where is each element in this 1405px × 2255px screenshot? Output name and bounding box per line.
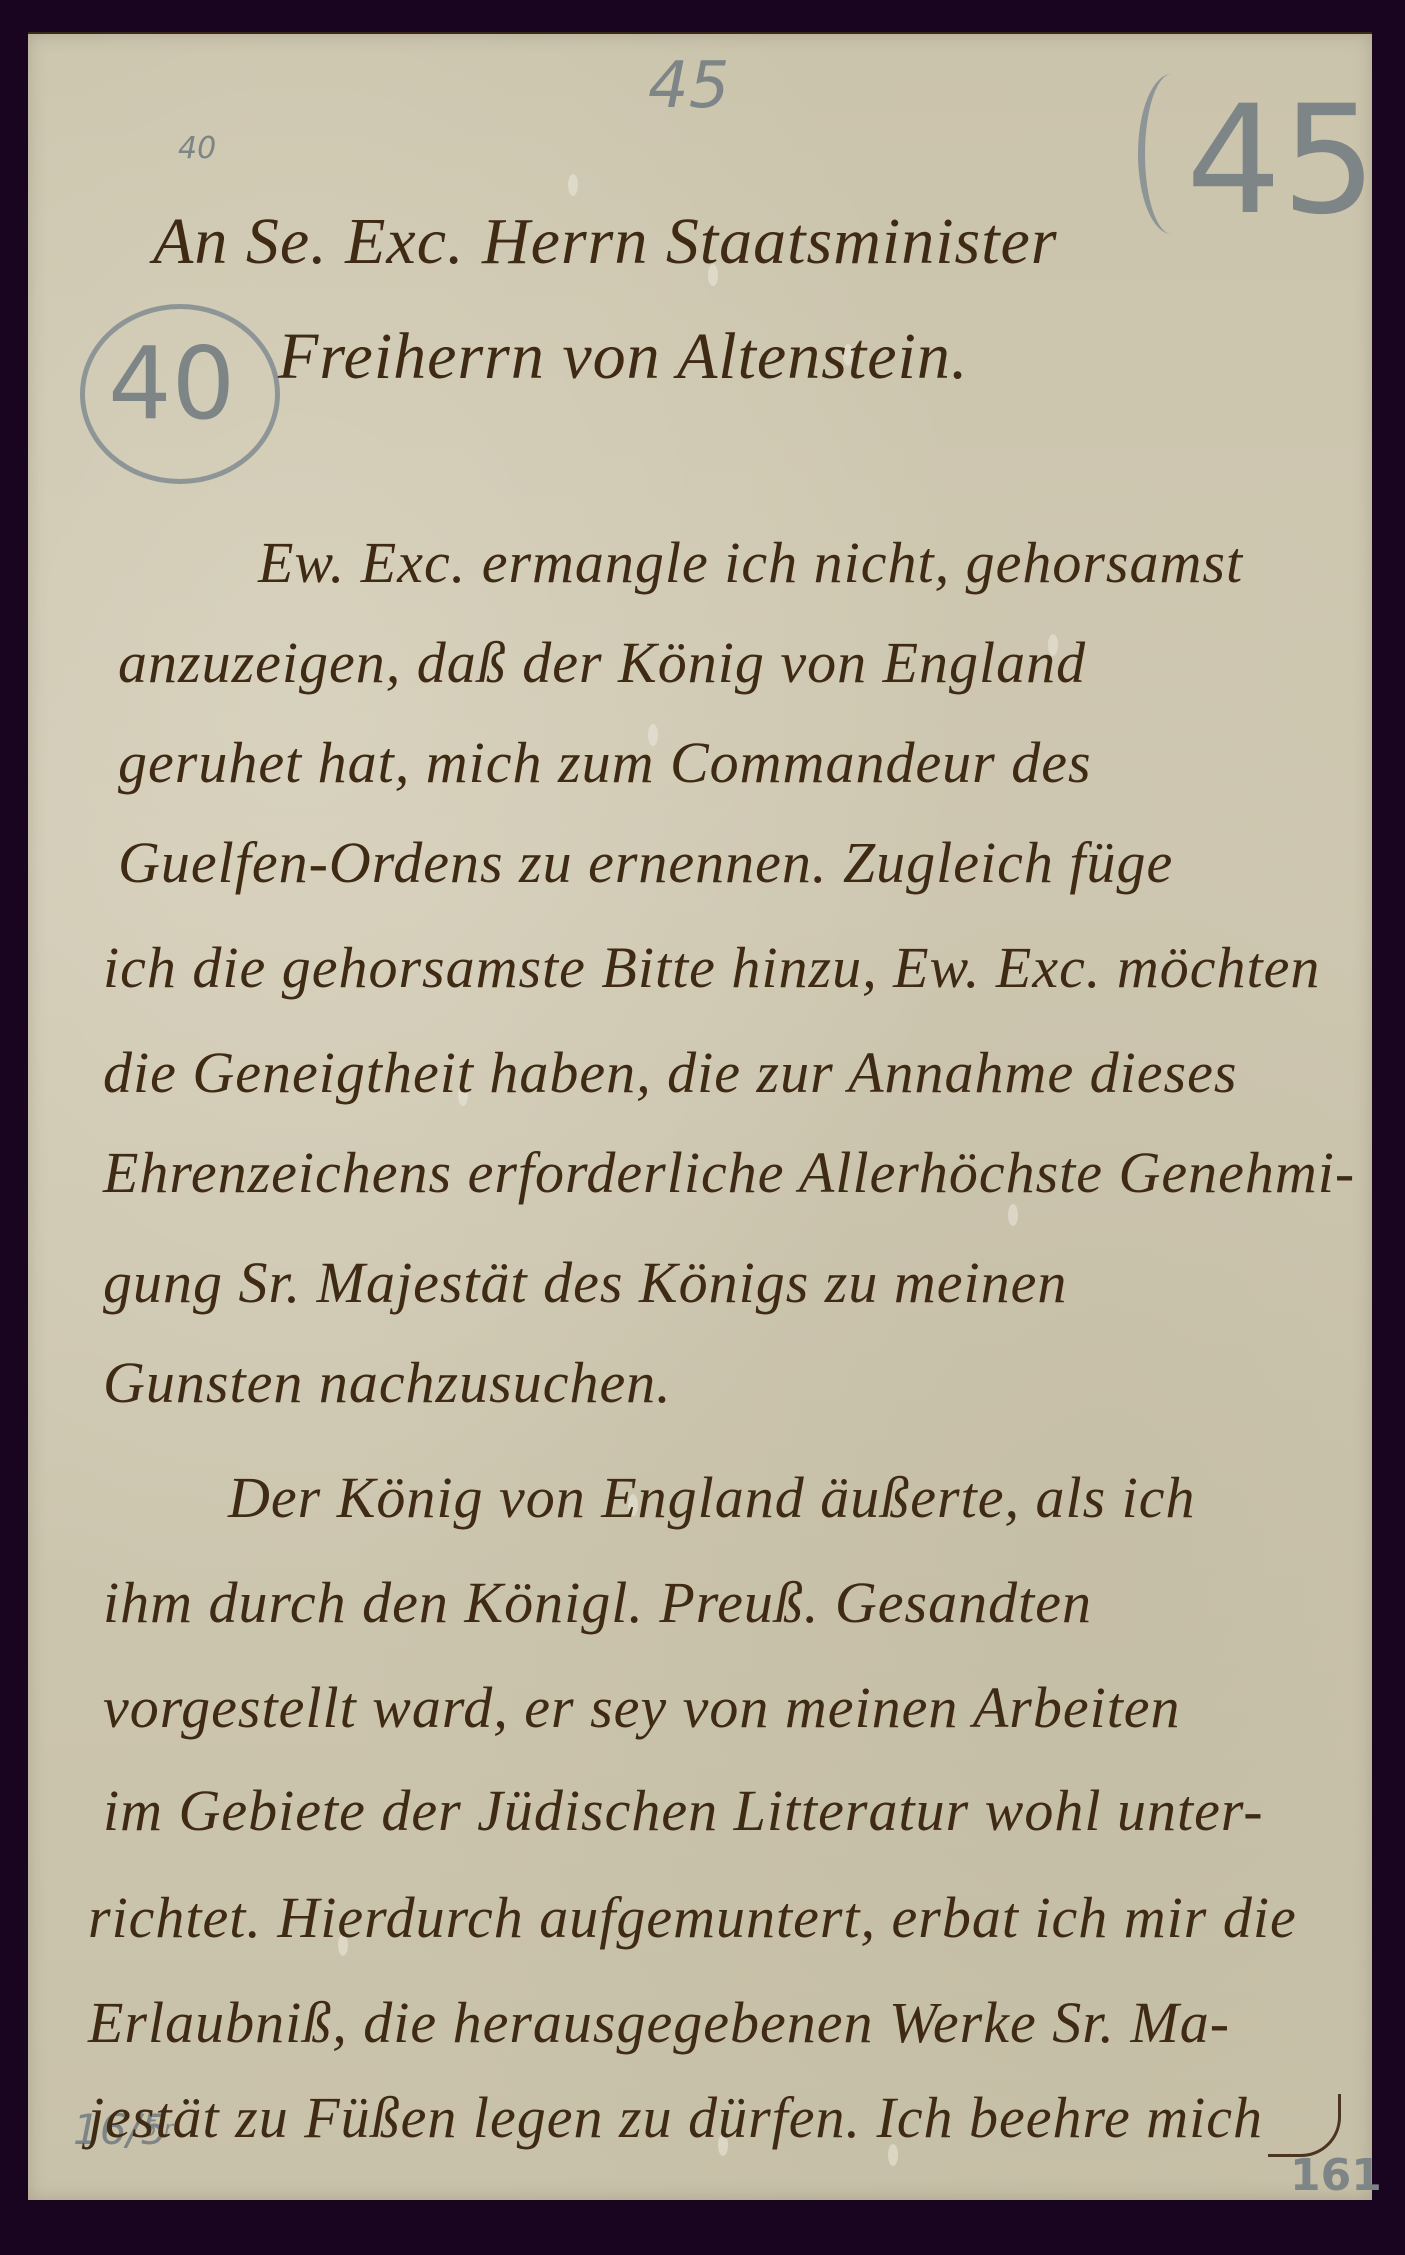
body-line: im Gebiete der Jüdischen Litteratur wohl… [103,1782,1264,1840]
archive-number-top-right: 45 [1186,86,1377,236]
body-line: ihm durch den Königl. Preuß. Gesandten [103,1574,1092,1632]
folio-number: 161 [1290,2154,1382,2198]
archive-number-circled: 40 [108,334,235,434]
archive-number-small: 40 [178,134,216,164]
body-line: Erlaubniß, die herausgegebenen Werke Sr.… [88,1994,1230,2052]
address-line-1: An Se. Exc. Herrn Staatsminister [153,209,1058,275]
body-line: geruhet hat, mich zum Commandeur des [118,734,1092,792]
archive-number-top-center: 45 [648,54,729,118]
body-line: anzuzeigen, daß der König von England [118,634,1086,692]
body-line: ich die gehorsamste Bitte hinzu, Ew. Exc… [103,939,1320,997]
body-line: Ew. Exc. ermangle ich nicht, gehorsamst [258,534,1243,592]
scanned-page: 45 40 45 40 16/5 5 r 161 An Se. Exc. Her… [0,0,1405,2255]
address-line-2: Freiherrn von Altenstein. [278,324,968,390]
paper-speck [568,174,578,196]
body-line: Ehrenzeichens erforderliche Allerhöchste… [103,1144,1355,1202]
body-line: Guelfen-Ordens zu ernennen. Zugleich füg… [118,834,1173,892]
paper-speck [1008,1204,1018,1226]
letter-paper: 45 40 45 40 16/5 5 r 161 An Se. Exc. Her… [28,32,1372,2200]
body-line: Der König von England äußerte, als ich [228,1469,1196,1527]
body-line: gung Sr. Majestät des Königs zu meinen [103,1254,1067,1312]
body-line: vorgestellt ward, er sey von meinen Arbe… [103,1679,1181,1737]
body-line: die Geneigtheit haben, die zur Annahme d… [103,1044,1237,1102]
catchword-flourish [1268,2094,1341,2157]
body-line: Gunsten nachzusuchen. [103,1354,672,1412]
body-line: richtet. Hierdurch aufgemuntert, erbat i… [88,1889,1297,1947]
body-line: jestät zu Füßen legen zu dürfen. Ich bee… [88,2089,1263,2147]
